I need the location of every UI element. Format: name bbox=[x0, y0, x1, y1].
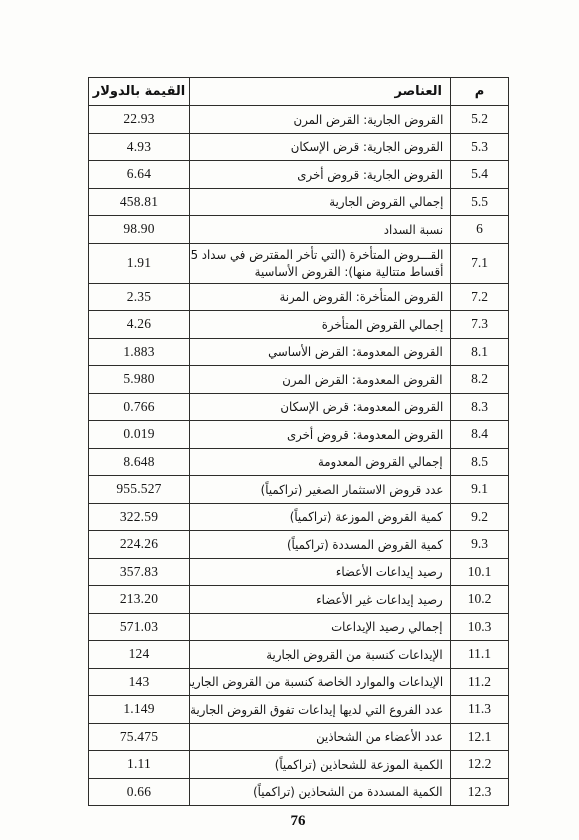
row-item-cell: الإيداعات كنسبة من القروض الجارية bbox=[190, 641, 451, 669]
row-item-cell: القروض المعدومة: قرض الإسكان bbox=[190, 393, 451, 421]
page-number: 76 bbox=[88, 813, 508, 830]
header-value-usd: القيمة بالدولار bbox=[89, 78, 190, 106]
table-row: 12.1عدد الأعضاء من الشحاذين75.475 bbox=[89, 723, 509, 751]
row-value-cell: 22.93 bbox=[89, 106, 190, 134]
table-row: 8.2القروض المعدومة: القرض المرن5.980 bbox=[89, 366, 509, 394]
row-index-cell: 11.2 bbox=[451, 668, 509, 696]
row-item-cell: القروض المعدومة: قروض أخرى bbox=[190, 421, 451, 449]
row-item-cell: رصيد إيداعات غير الأعضاء bbox=[190, 586, 451, 614]
table-row: 6نسبة السداد98.90 bbox=[89, 216, 509, 244]
row-index-cell: 5.4 bbox=[451, 161, 509, 189]
row-value-cell: 224.26 bbox=[89, 531, 190, 559]
row-value-cell: 322.59 bbox=[89, 503, 190, 531]
row-item-label: القروض الجارية: قروض أخرى bbox=[297, 166, 443, 184]
row-value-cell: 458.81 bbox=[89, 188, 190, 216]
row-index-cell: 9.1 bbox=[451, 476, 509, 504]
row-index-cell: 10.1 bbox=[451, 558, 509, 586]
row-item-label: الإيداعات والموارد الخاصة كنسبة من القرو… bbox=[190, 673, 444, 691]
row-index-cell: 11.1 bbox=[451, 641, 509, 669]
row-item-cell: إجمالي رصيد الإيداعات bbox=[190, 613, 451, 641]
row-value-cell: 8.648 bbox=[89, 448, 190, 476]
row-value-cell: 0.66 bbox=[89, 778, 190, 806]
table-row: 11.2الإيداعات والموارد الخاصة كنسبة من ا… bbox=[89, 668, 509, 696]
row-value-cell: 0.766 bbox=[89, 393, 190, 421]
row-item-label: الكمية الموزعة للشحاذين (تراكمياً) bbox=[275, 756, 443, 774]
row-item-label: القـــروض المتأخرة (التي تأخر المقترض في… bbox=[190, 246, 444, 281]
row-item-cell: كمية القروض الموزعة (تراكمياً) bbox=[190, 503, 451, 531]
row-item-label: القروض الجارية: القرض المرن bbox=[293, 111, 443, 129]
row-item-label: القروض المعدومة: القرض المرن bbox=[283, 371, 443, 389]
row-item-label: رصيد إيداعات الأعضاء bbox=[336, 563, 443, 581]
row-value-cell: 1.149 bbox=[89, 696, 190, 724]
row-item-label: القروض الجارية: قرض الإسكان bbox=[291, 138, 443, 156]
table-row: 8.1القروض المعدومة: القرض الأساسي1.883 bbox=[89, 338, 509, 366]
table-row: 7.1القـــروض المتأخرة (التي تأخر المقترض… bbox=[89, 243, 509, 283]
header-items: العناصر bbox=[190, 78, 451, 106]
row-index-cell: 9.2 bbox=[451, 503, 509, 531]
row-item-cell: الكمية المسددة من الشحاذين (تراكمياً) bbox=[190, 778, 451, 806]
row-item-cell: كمية القروض المسددة (تراكمياً) bbox=[190, 531, 451, 559]
row-value-cell: 955.527 bbox=[89, 476, 190, 504]
row-index-cell: 12.1 bbox=[451, 723, 509, 751]
table-row: 5.5إجمالي القروض الجارية458.81 bbox=[89, 188, 509, 216]
row-item-cell: رصيد إيداعات الأعضاء bbox=[190, 558, 451, 586]
row-value-cell: 1.91 bbox=[89, 243, 190, 283]
row-index-cell: 6 bbox=[451, 216, 509, 244]
row-item-cell: إجمالي القروض المتأخرة bbox=[190, 311, 451, 339]
row-item-label: إجمالي القروض المعدومة bbox=[318, 453, 443, 471]
row-index-cell: 8.2 bbox=[451, 366, 509, 394]
row-value-cell: 2.35 bbox=[89, 283, 190, 311]
row-item-label: القروض المتأخرة: القروض المرنة bbox=[279, 288, 443, 306]
row-index-cell: 10.3 bbox=[451, 613, 509, 641]
table-row: 5.4القروض الجارية: قروض أخرى6.64 bbox=[89, 161, 509, 189]
table-row: 10.3إجمالي رصيد الإيداعات571.03 bbox=[89, 613, 509, 641]
row-index-cell: 8.3 bbox=[451, 393, 509, 421]
row-value-cell: 357.83 bbox=[89, 558, 190, 586]
row-item-label: القروض المعدومة: قروض أخرى bbox=[287, 426, 443, 444]
row-index-cell: 5.2 bbox=[451, 106, 509, 134]
row-value-cell: 0.019 bbox=[89, 421, 190, 449]
row-item-label: نسبة السداد bbox=[384, 221, 443, 239]
row-item-cell: القروض المعدومة: القرض الأساسي bbox=[190, 338, 451, 366]
row-item-cell: القـــروض المتأخرة (التي تأخر المقترض في… bbox=[190, 243, 451, 283]
row-item-label: كمية القروض المسددة (تراكمياً) bbox=[287, 536, 443, 554]
table-row: 10.1رصيد إيداعات الأعضاء357.83 bbox=[89, 558, 509, 586]
table-row: 9.1عدد قروض الاستثمار الصغير (تراكمياً)9… bbox=[89, 476, 509, 504]
loans-deposits-table: م العناصر القيمة بالدولار 5.2القروض الجا… bbox=[88, 77, 509, 806]
row-index-cell: 8.4 bbox=[451, 421, 509, 449]
row-item-label: عدد الفروع التي لديها إيداعات تفوق القرو… bbox=[190, 701, 443, 719]
row-value-cell: 4.26 bbox=[89, 311, 190, 339]
row-item-label: إجمالي رصيد الإيداعات bbox=[332, 618, 443, 636]
row-item-cell: الإيداعات والموارد الخاصة كنسبة من القرو… bbox=[190, 668, 451, 696]
row-value-cell: 6.64 bbox=[89, 161, 190, 189]
row-value-cell: 1.883 bbox=[89, 338, 190, 366]
row-value-cell: 213.20 bbox=[89, 586, 190, 614]
header-index: م bbox=[451, 78, 509, 106]
row-item-cell: القروض الجارية: قروض أخرى bbox=[190, 161, 451, 189]
financial-table: م العناصر القيمة بالدولار 5.2القروض الجا… bbox=[88, 77, 508, 830]
row-item-label: إجمالي القروض المتأخرة bbox=[321, 316, 443, 334]
row-item-label: القروض المعدومة: القرض الأساسي bbox=[268, 343, 443, 361]
table-row: 5.3القروض الجارية: قرض الإسكان4.93 bbox=[89, 133, 509, 161]
table-row: 5.2القروض الجارية: القرض المرن22.93 bbox=[89, 106, 509, 134]
table-row: 10.2رصيد إيداعات غير الأعضاء213.20 bbox=[89, 586, 509, 614]
row-item-label: إجمالي القروض الجارية bbox=[329, 193, 443, 211]
table-row: 8.5إجمالي القروض المعدومة8.648 bbox=[89, 448, 509, 476]
table-row: 7.2القروض المتأخرة: القروض المرنة2.35 bbox=[89, 283, 509, 311]
row-value-cell: 4.93 bbox=[89, 133, 190, 161]
table-row: 8.4القروض المعدومة: قروض أخرى0.019 bbox=[89, 421, 509, 449]
row-item-cell: القروض الجارية: القرض المرن bbox=[190, 106, 451, 134]
row-index-cell: 8.1 bbox=[451, 338, 509, 366]
table-header-row: م العناصر القيمة بالدولار bbox=[89, 78, 509, 106]
row-index-cell: 10.2 bbox=[451, 586, 509, 614]
table-row: 12.3الكمية المسددة من الشحاذين (تراكمياً… bbox=[89, 778, 509, 806]
row-item-cell: عدد الأعضاء من الشحاذين bbox=[190, 723, 451, 751]
row-index-cell: 9.3 bbox=[451, 531, 509, 559]
row-item-cell: إجمالي القروض المعدومة bbox=[190, 448, 451, 476]
row-value-cell: 1.11 bbox=[89, 751, 190, 779]
table-row: 11.1الإيداعات كنسبة من القروض الجارية124 bbox=[89, 641, 509, 669]
row-value-cell: 143 bbox=[89, 668, 190, 696]
table-body: 5.2القروض الجارية: القرض المرن22.935.3ال… bbox=[89, 106, 509, 806]
row-value-cell: 124 bbox=[89, 641, 190, 669]
table-row: 11.3عدد الفروع التي لديها إيداعات تفوق ا… bbox=[89, 696, 509, 724]
row-item-cell: الكمية الموزعة للشحاذين (تراكمياً) bbox=[190, 751, 451, 779]
row-item-label: الإيداعات كنسبة من القروض الجارية bbox=[267, 646, 443, 664]
row-item-label: القروض المعدومة: قرض الإسكان bbox=[280, 398, 443, 416]
table-row: 9.2كمية القروض الموزعة (تراكمياً)322.59 bbox=[89, 503, 509, 531]
row-index-cell: 12.2 bbox=[451, 751, 509, 779]
row-index-cell: 7.1 bbox=[451, 243, 509, 283]
row-item-cell: عدد الفروع التي لديها إيداعات تفوق القرو… bbox=[190, 696, 451, 724]
table-row: 8.3القروض المعدومة: قرض الإسكان0.766 bbox=[89, 393, 509, 421]
row-value-cell: 571.03 bbox=[89, 613, 190, 641]
row-item-cell: إجمالي القروض الجارية bbox=[190, 188, 451, 216]
row-item-cell: القروض الجارية: قرض الإسكان bbox=[190, 133, 451, 161]
table-row: 12.2الكمية الموزعة للشحاذين (تراكمياً)1.… bbox=[89, 751, 509, 779]
row-index-cell: 7.2 bbox=[451, 283, 509, 311]
row-value-cell: 5.980 bbox=[89, 366, 190, 394]
table-row: 7.3إجمالي القروض المتأخرة4.26 bbox=[89, 311, 509, 339]
row-index-cell: 5.5 bbox=[451, 188, 509, 216]
row-index-cell: 7.3 bbox=[451, 311, 509, 339]
row-item-cell: نسبة السداد bbox=[190, 216, 451, 244]
row-item-cell: القروض المتأخرة: القروض المرنة bbox=[190, 283, 451, 311]
table-row: 9.3كمية القروض المسددة (تراكمياً)224.26 bbox=[89, 531, 509, 559]
row-item-label: كمية القروض الموزعة (تراكمياً) bbox=[290, 508, 443, 526]
row-index-cell: 5.3 bbox=[451, 133, 509, 161]
row-item-label: الكمية المسددة من الشحاذين (تراكمياً) bbox=[254, 783, 443, 801]
document-page: م العناصر القيمة بالدولار 5.2القروض الجا… bbox=[0, 0, 579, 840]
row-index-cell: 11.3 bbox=[451, 696, 509, 724]
row-value-cell: 75.475 bbox=[89, 723, 190, 751]
row-index-cell: 8.5 bbox=[451, 448, 509, 476]
row-value-cell: 98.90 bbox=[89, 216, 190, 244]
row-item-label: رصيد إيداعات غير الأعضاء bbox=[316, 591, 443, 609]
row-item-cell: عدد قروض الاستثمار الصغير (تراكمياً) bbox=[190, 476, 451, 504]
row-item-cell: القروض المعدومة: القرض المرن bbox=[190, 366, 451, 394]
row-item-label: عدد الأعضاء من الشحاذين bbox=[316, 728, 443, 746]
row-item-label: عدد قروض الاستثمار الصغير (تراكمياً) bbox=[260, 481, 443, 499]
row-index-cell: 12.3 bbox=[451, 778, 509, 806]
